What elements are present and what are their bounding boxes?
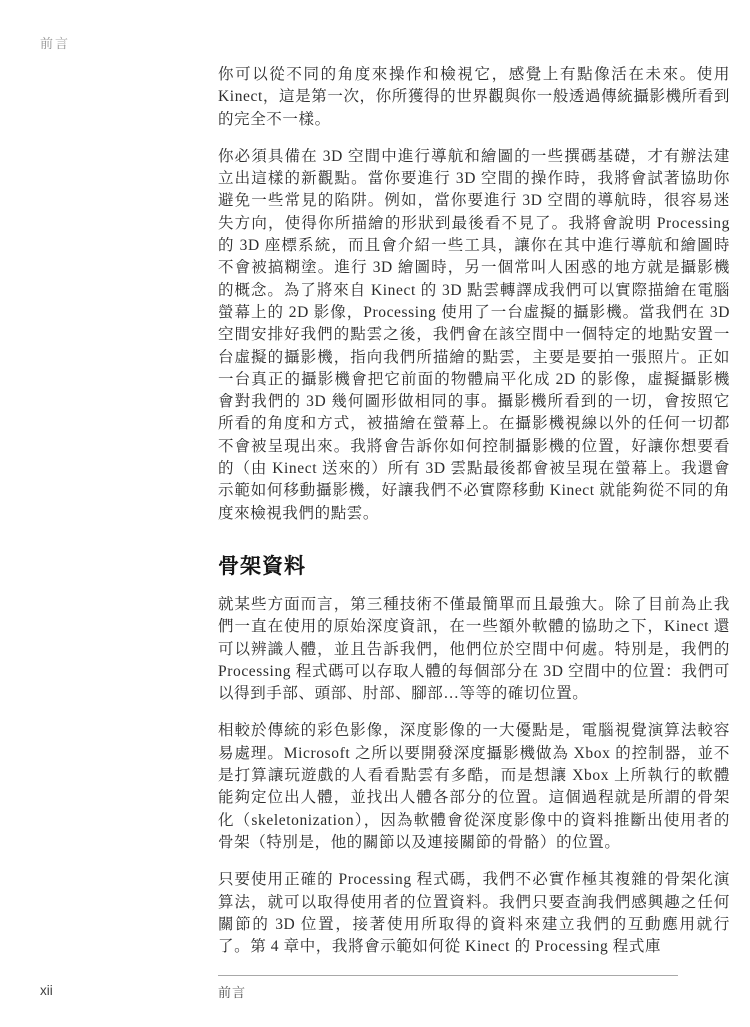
footer-section-label: 前言 [218,982,246,1001]
footer-divider [218,975,678,976]
body-paragraph: 就某些方面而言，第三種技術不僅最簡單而且最強大。除了目前為止我們一直在使用的原始… [218,594,730,705]
body-paragraph: 你必須具備在 3D 空間中進行導航和繪圖的一些撰碼基礎，才有辦法建立出這樣的新觀… [218,146,730,525]
section-heading: 骨架資料 [218,550,730,580]
body-paragraph: 相較於傳統的彩色影像，深度影像的一大優點是，電腦視覺演算法較容易處理。Micro… [218,720,730,854]
running-head: 前言 [40,33,70,52]
body-paragraph: 你可以從不同的角度來操作和檢視它，感覺上有點像活在未來。使用 Kinect，這是… [218,64,730,131]
body-paragraph: 只要使用正確的 Processing 程式碼，我們不必實作極其複雜的骨架化演算法… [218,869,730,958]
page-number: xii [40,983,53,998]
page-content: 你可以從不同的角度來操作和檢視它，感覺上有點像活在未來。使用 Kinect，這是… [218,64,730,958]
